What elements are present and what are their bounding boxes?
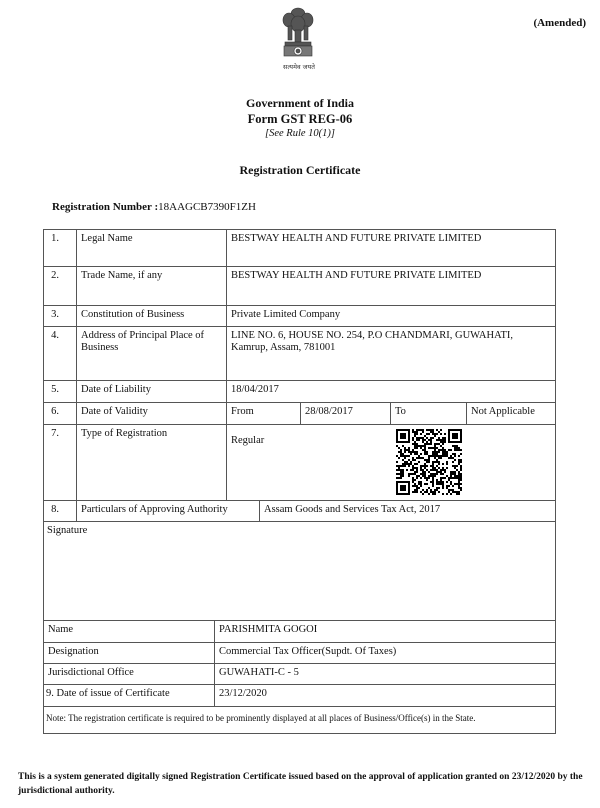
name-value: PARISHMITA GOGOI bbox=[214, 620, 556, 643]
designation-label: Designation bbox=[43, 642, 215, 664]
row-6-number: 6. bbox=[43, 402, 77, 425]
registration-number: Registration Number :18AAGCB7390F1ZH bbox=[52, 201, 256, 213]
row-7-number: 7. bbox=[43, 424, 77, 501]
issue-date-value: 23/12/2020 bbox=[214, 684, 556, 707]
row-5-label: Date of Liability bbox=[76, 380, 227, 403]
designation-value: Commercial Tax Officer(Supdt. Of Taxes) bbox=[214, 642, 556, 664]
approving-authority-value: Assam Goods and Services Tax Act, 2017 bbox=[259, 500, 556, 522]
national-emblem-icon bbox=[278, 6, 318, 62]
validity-to-label: To bbox=[390, 402, 467, 425]
row-3-number: 3. bbox=[43, 305, 77, 327]
jurisdictional-office-label: Jurisdictional Office bbox=[43, 663, 215, 685]
page-title: Registration Certificate bbox=[0, 163, 600, 178]
row-5-number: 5. bbox=[43, 380, 77, 403]
government-heading: Government of India bbox=[0, 96, 600, 111]
validity-from-value: 28/08/2017 bbox=[300, 402, 391, 425]
row-8-label: Particulars of Approving Authority bbox=[76, 500, 260, 522]
signature-box: Signature bbox=[43, 521, 556, 621]
name-label: Name bbox=[43, 620, 215, 643]
jurisdictional-office-value: GUWAHATI-C - 5 bbox=[214, 663, 556, 685]
constitution-value: Private Limited Company bbox=[226, 305, 556, 327]
registration-number-label: Registration Number : bbox=[52, 201, 158, 213]
row-4-label: Address of Principal Place of Business bbox=[76, 326, 227, 381]
row-7-label: Type of Registration bbox=[76, 424, 227, 501]
amended-label: (Amended) bbox=[533, 17, 586, 29]
registration-type-value: Regular bbox=[226, 424, 556, 501]
liability-date-value: 18/04/2017 bbox=[226, 380, 556, 403]
trade-name-value: BESTWAY HEALTH AND FUTURE PRIVATE LIMITE… bbox=[226, 266, 556, 306]
issue-date-label: 9. Date of issue of Certificate bbox=[43, 684, 215, 707]
registration-number-value: 18AAGCB7390F1ZH bbox=[158, 201, 256, 213]
validity-from-label: From bbox=[226, 402, 301, 425]
row-1-number: 1. bbox=[43, 229, 77, 267]
form-heading: Form GST REG-06 bbox=[0, 112, 600, 127]
row-2-label: Trade Name, if any bbox=[76, 266, 227, 306]
qr-code-icon bbox=[396, 429, 462, 495]
motto-text: सत्यमेव जयते bbox=[276, 62, 322, 71]
legal-name-value: BESTWAY HEALTH AND FUTURE PRIVATE LIMITE… bbox=[226, 229, 556, 267]
validity-to-value: Not Applicable bbox=[466, 402, 556, 425]
row-4-number: 4. bbox=[43, 326, 77, 381]
rule-reference: [See Rule 10(1)] bbox=[0, 128, 600, 139]
row-8-number: 8. bbox=[43, 500, 77, 522]
row-2-number: 2. bbox=[43, 266, 77, 306]
row-3-label: Constitution of Business bbox=[76, 305, 227, 327]
address-value: LINE NO. 6, HOUSE NO. 254, P.O CHANDMARI… bbox=[226, 326, 556, 381]
display-note: Note: The registration certificate is re… bbox=[43, 706, 556, 734]
footer-disclaimer: This is a system generated digitally sig… bbox=[18, 770, 588, 798]
row-6-label: Date of Validity bbox=[76, 402, 227, 425]
row-1-label: Legal Name bbox=[76, 229, 227, 267]
